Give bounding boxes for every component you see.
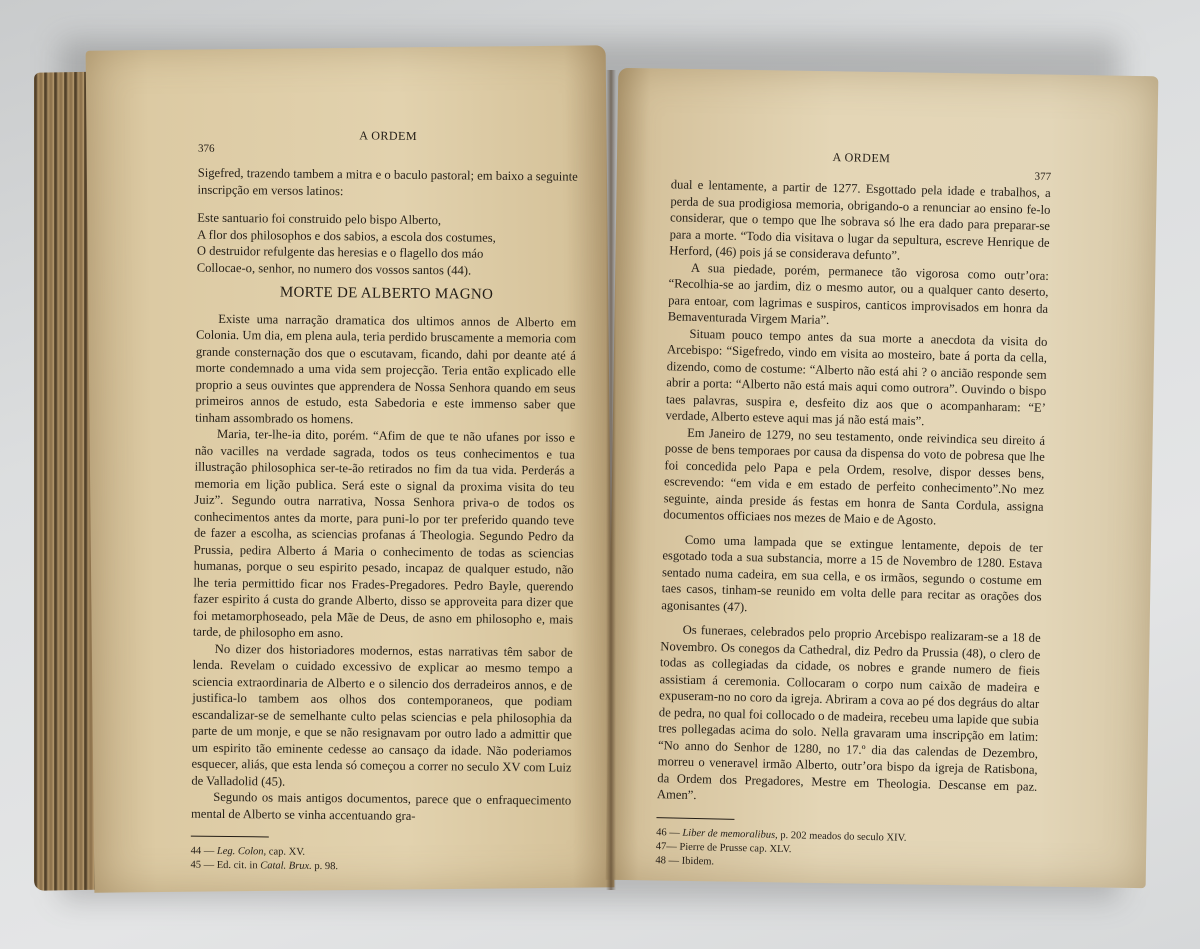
paragraph: Segundo os mais antigos documentos, pare…: [191, 789, 571, 826]
book-gutter: [606, 70, 616, 890]
opening-paragraph: Sigefred, trazendo tambem a mitra e o ba…: [198, 165, 578, 202]
paragraph: dual e lentamente, a partir de 1277. Esg…: [669, 176, 1051, 267]
paragraph: Situam pouco tempo antes da sua morte a …: [665, 325, 1047, 433]
verse-line: Collocae-o, senhor, no numero dos vossos…: [197, 259, 577, 279]
paragraph: A sua piedade, porém, permanece tão vigo…: [668, 259, 1049, 334]
left-page-text: A ORDEM 376 Sigefred, trazendo tambem a …: [190, 126, 578, 877]
paragraph: Em Janeiro de 1279, no seu testamento, o…: [663, 424, 1045, 532]
footnotes: 44 — Leg. Colon, cap. XV. 45 — Ed. cit. …: [190, 845, 570, 877]
footnotes: 46 — Liber de memoralibus, p. 202 meados…: [655, 826, 1036, 877]
footnote-45: 45 — Ed. cit. in Catal. Brux. p. 98.: [190, 859, 570, 877]
footnote-rule: [656, 817, 734, 820]
paragraph: Existe uma narração dramatica dos ultimo…: [195, 310, 576, 429]
paragraph: Como uma lampada que se extingue lentame…: [661, 531, 1043, 622]
right-page-text: A ORDEM 377 dual e lentamente, a partir …: [655, 145, 1051, 876]
footnote-rule: [191, 836, 269, 838]
latin-verse-inscription: Este santuario foi construido pelo bispo…: [197, 210, 578, 280]
section-title: MORTE DE ALBERTO MAGNO: [196, 284, 576, 304]
paragraph: Maria, ter-lhe-ia dito, porém. “Afim de …: [193, 426, 575, 644]
left-page: A ORDEM 376 Sigefred, trazendo tambem a …: [86, 45, 615, 892]
paragraph: No dizer dos historiadores modernos, est…: [191, 640, 573, 792]
paragraph: Os funeraes, celebrados pelo proprio Arc…: [657, 621, 1041, 811]
right-page: A ORDEM 377 dual e lentamente, a partir …: [606, 68, 1159, 888]
